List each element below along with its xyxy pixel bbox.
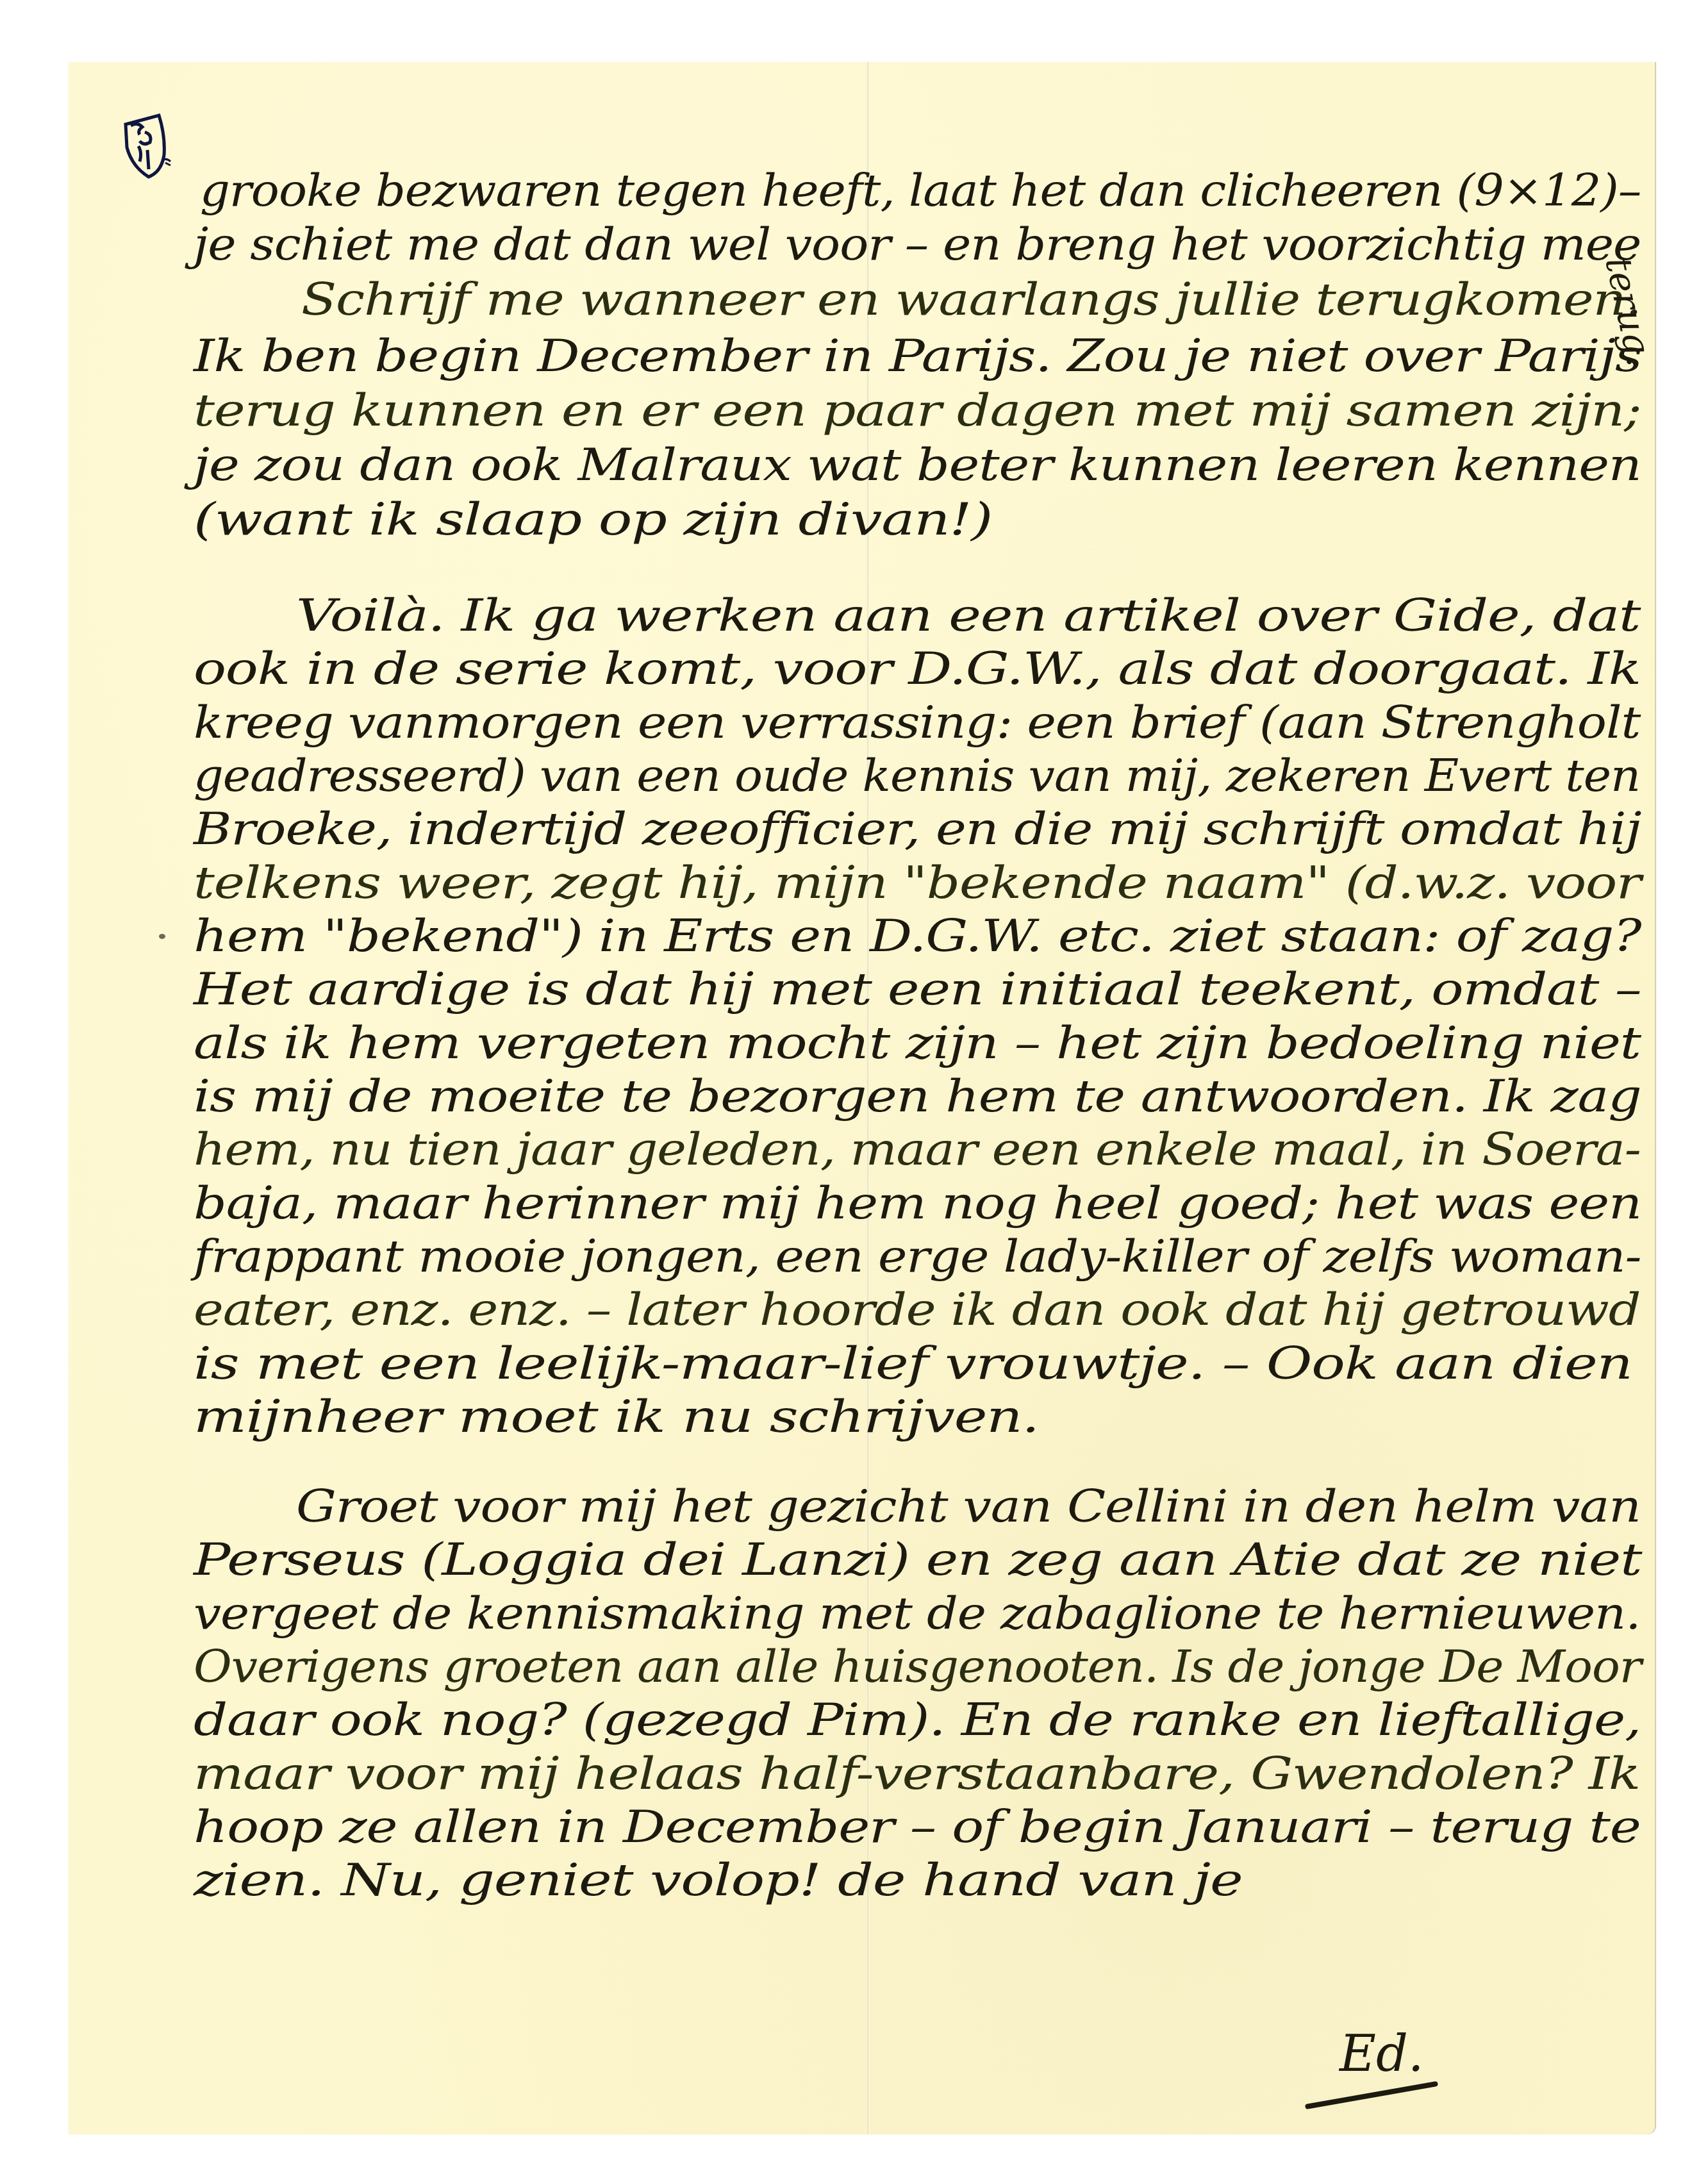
letter-line-3: Schrijf me wanneer en waarlangs jullie t… bbox=[301, 277, 1641, 322]
letter-line-21: eater, enz. enz. – later hoorde ik dan o… bbox=[194, 1287, 1640, 1332]
letter-line-19: baja, maar herinner mij hem nog heel goe… bbox=[194, 1181, 1641, 1225]
letter-line-8: Voilà. Ik ga werken aan een artikel over… bbox=[296, 593, 1640, 638]
letter-line-28: daar ook nog? (gezegd Pim). En de ranke … bbox=[194, 1697, 1641, 1742]
letter-line-25: Perseus (Loggia dei Lanzi) en zeg aan At… bbox=[194, 1537, 1641, 1582]
letter-line-24: Groet voor mij het gezicht van Cellini i… bbox=[296, 1484, 1641, 1529]
letter-line-26: vergeet de kennismaking met de zabaglion… bbox=[194, 1591, 1640, 1636]
letter-line-22: is met een leelijk-maar-lief vrouwtje. –… bbox=[194, 1341, 1632, 1386]
letter-line-23: mijnheer moet ik nu schrijven. bbox=[194, 1394, 1039, 1439]
letter-line-7: (want ik slaap op zijn divan!) bbox=[194, 497, 992, 542]
letter-line-27: Overigens groeten aan alle huisgenooten.… bbox=[194, 1644, 1641, 1689]
ink-dot bbox=[159, 934, 165, 939]
letter-line-14: hem "bekend") in Erts en D.G.W. etc. zie… bbox=[194, 913, 1641, 958]
letter-line-18: hem, nu tien jaar geleden, maar een enke… bbox=[194, 1127, 1641, 1172]
letter-line-11: geadresseerd) van een oude kennis van mi… bbox=[194, 753, 1640, 798]
letter-line-15: Het aardige is dat hij met een initiaal … bbox=[194, 967, 1641, 1011]
letter-line-20: frappant mooie jongen, een erge lady-kil… bbox=[194, 1234, 1641, 1279]
letter-line-2: je schiet me dat dan wel voor – en breng… bbox=[194, 222, 1641, 267]
letter-line-13: telkens weer, zegt hij, mijn "bekende na… bbox=[194, 860, 1641, 905]
letter-line-30: hoop ze allen in December – of begin Jan… bbox=[194, 1804, 1641, 1849]
letter-line-9: ook in de serie komt, voor D.G.W., als d… bbox=[194, 646, 1641, 691]
letter-line-29: maar voor mij helaas half-verstaanbare, … bbox=[194, 1751, 1640, 1796]
archive-stamp-icon bbox=[119, 110, 177, 181]
letter-line-5: terug kunnen en er een paar dagen met mi… bbox=[194, 388, 1641, 433]
letter-line-10: kreeg vanmorgen een verrassing: een brie… bbox=[194, 700, 1640, 745]
signature: Ed. bbox=[1339, 2025, 1424, 2083]
letter-line-17: is mij de moeite te bezorgen hem te antw… bbox=[194, 1074, 1641, 1118]
letter-line-4: Ik ben begin December in Parijs. Zou je … bbox=[194, 333, 1641, 378]
letter-line-16: als ik hem vergeten mocht zijn – het zij… bbox=[194, 1020, 1641, 1065]
letter-line-31: zien. Nu, geniet volop! de hand van je bbox=[194, 1857, 1243, 1902]
letter-line-12: Broeke, indertijd zeeofficier, en die mi… bbox=[194, 806, 1641, 851]
letter-line-1: grooke bezwaren tegen heeft, laat het da… bbox=[200, 168, 1641, 213]
letter-line-6: je zou dan ook Malraux wat beter kunnen … bbox=[194, 442, 1641, 487]
